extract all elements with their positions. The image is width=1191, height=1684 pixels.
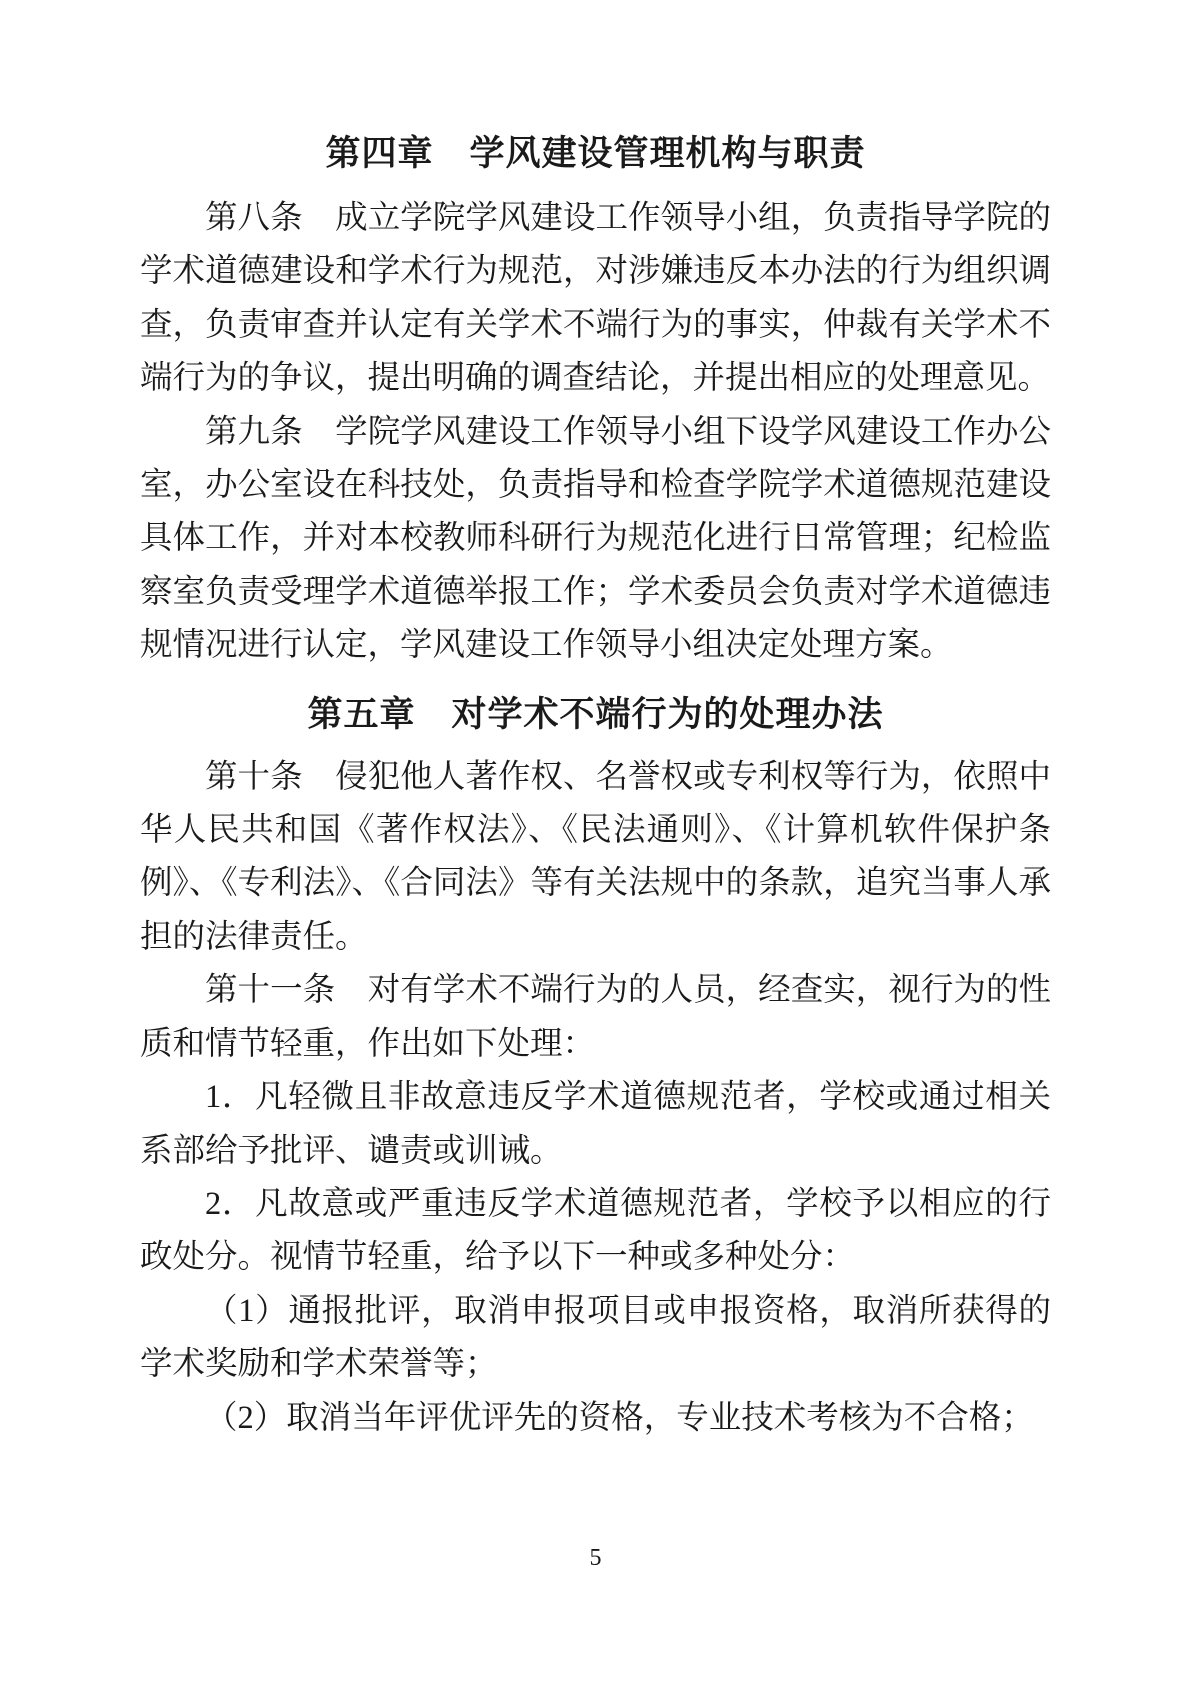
article-11-item-1: 1．凡轻微且非故意违反学术道德规范者，学校或通过相关系部给予批评、谴责或训诫。 xyxy=(140,1071,1051,1178)
article-10-paragraph: 第十条 侵犯他人著作权、名誉权或专利权等行为，依照中华人民共和国《著作权法》、《… xyxy=(140,751,1051,965)
article-11-item-2: 2．凡故意或严重违反学术道德规范者，学校予以相应的行政处分。视情节轻重，给予以下… xyxy=(140,1178,1051,1285)
document-body: 第四章 学风建设管理机构与职责 第八条 成立学院学风建设工作领导小组，负责指导学… xyxy=(140,126,1051,1445)
article-11-intro-paragraph: 第十一条 对有学术不端行为的人员，经查实，视行为的性质和情节轻重，作出如下处理： xyxy=(140,964,1051,1071)
chapter-5-heading: 第五章 对学术不端行为的处理办法 xyxy=(140,687,1051,743)
article-11-penalty-1: （1）通报批评，取消申报项目或申报资格，取消所获得的学术奖励和学术荣誉等； xyxy=(140,1285,1051,1392)
article-9-paragraph: 第九条 学院学风建设工作领导小组下设学风建设工作办公室，办公室设在科技处，负责指… xyxy=(140,406,1051,673)
page-number: 5 xyxy=(0,1540,1191,1576)
document-page: 第四章 学风建设管理机构与职责 第八条 成立学院学风建设工作领导小组，负责指导学… xyxy=(0,0,1191,1684)
article-11-penalty-2: （2）取消当年评优评先的资格，专业技术考核为不合格； xyxy=(140,1392,1051,1445)
article-8-paragraph: 第八条 成立学院学风建设工作领导小组，负责指导学院的学术道德建设和学术行为规范，… xyxy=(140,192,1051,406)
chapter-4-heading: 第四章 学风建设管理机构与职责 xyxy=(140,126,1051,182)
